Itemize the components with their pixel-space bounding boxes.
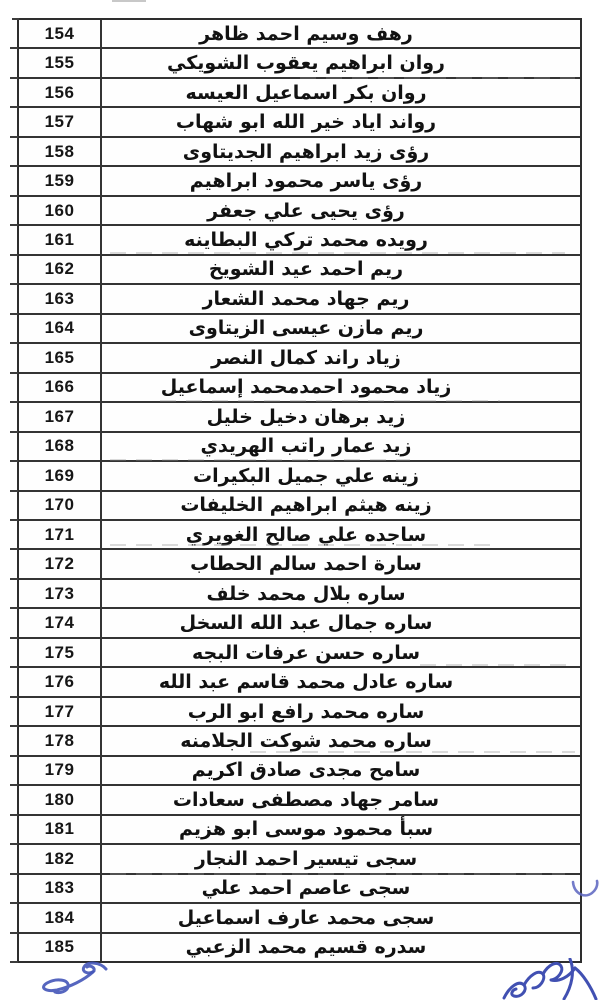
row-name-cell: ساره محمد رافع ابو الرب xyxy=(102,698,580,725)
row-number-cell: 154 xyxy=(19,20,102,47)
row-number-cell: 179 xyxy=(19,757,102,784)
row-name-cell: سجى محمد عارف اسماعيل xyxy=(102,904,580,931)
row-number-cell: 155 xyxy=(19,49,102,76)
table-row: 164 ريم مازن عيسى الزيتاوى xyxy=(19,315,580,344)
row-name-cell: سامح مجدى صادق اكريم xyxy=(102,757,580,784)
row-name-cell: رواند اياد خير الله ابو شهاب xyxy=(102,108,580,135)
row-number-cell: 181 xyxy=(19,816,102,843)
table-row: 171 ساجده علي صالح الغويري xyxy=(19,521,580,550)
row-name-cell: ريم مازن عيسى الزيتاوى xyxy=(102,315,580,342)
table-row: 155 روان ابراهيم يعقوب الشويكي xyxy=(19,49,580,78)
row-name-cell: زينه هيثم ابراهيم الخليفات xyxy=(102,492,580,519)
table-row: 167 زيد برهان دخيل خليل xyxy=(19,403,580,432)
row-number-cell: 160 xyxy=(19,197,102,224)
table-row: 163 ريم جهاد محمد الشعار xyxy=(19,285,580,314)
row-name-cell: رؤى يحيى علي جعفر xyxy=(102,197,580,224)
scan-artifact-top xyxy=(112,0,146,2)
row-name-cell: رويده محمد تركي البطاينه xyxy=(102,226,580,253)
row-number-cell: 171 xyxy=(19,521,102,548)
row-name-cell: سجى عاصم احمد علي xyxy=(102,875,580,902)
table-row: 165 زياد راند كمال النصر xyxy=(19,344,580,373)
table-row: 175 ساره حسن عرفات البجه xyxy=(19,639,580,668)
row-number-cell: 156 xyxy=(19,79,102,106)
row-number-cell: 170 xyxy=(19,492,102,519)
table-row: 158 رؤى زيد ابراهيم الجديتاوى xyxy=(19,138,580,167)
row-number-cell: 176 xyxy=(19,668,102,695)
row-number-cell: 184 xyxy=(19,904,102,931)
row-name-cell: روان ابراهيم يعقوب الشويكي xyxy=(102,49,580,76)
table-row: 180 سامر جهاد مصطفى سعادات xyxy=(19,786,580,815)
row-number-cell: 159 xyxy=(19,167,102,194)
row-number-cell: 174 xyxy=(19,609,102,636)
row-name-cell: زيد عمار راتب الهريدي xyxy=(102,433,580,460)
table-row: 185 سدره قسيم محمد الزعبي xyxy=(19,934,580,961)
row-number-cell: 157 xyxy=(19,108,102,135)
names-table: 154 رهف وسيم احمد ظاهر 155 روان ابراهيم … xyxy=(17,18,582,963)
row-number-cell: 164 xyxy=(19,315,102,342)
row-name-cell: ريم جهاد محمد الشعار xyxy=(102,285,580,312)
row-number-cell: 173 xyxy=(19,580,102,607)
row-name-cell: رهف وسيم احمد ظاهر xyxy=(102,20,580,47)
row-name-cell: زياد راند كمال النصر xyxy=(102,344,580,371)
row-number-cell: 163 xyxy=(19,285,102,312)
table-row: 176 ساره عادل محمد قاسم عبد الله xyxy=(19,668,580,697)
row-name-cell: سبأ محمود موسى ابو هزيم xyxy=(102,816,580,843)
row-number-cell: 175 xyxy=(19,639,102,666)
table-row: 154 رهف وسيم احمد ظاهر xyxy=(19,20,580,49)
table-row: 181 سبأ محمود موسى ابو هزيم xyxy=(19,816,580,845)
row-name-cell: ساجده علي صالح الغويري xyxy=(102,521,580,548)
row-number-cell: 177 xyxy=(19,698,102,725)
row-name-cell: زيد برهان دخيل خليل xyxy=(102,403,580,430)
row-name-cell: ساره جمال عبد الله السخل xyxy=(102,609,580,636)
table-row: 162 ريم احمد عيد الشويخ xyxy=(19,256,580,285)
row-name-cell: سجى تيسير احمد النجار xyxy=(102,845,580,872)
row-name-cell: سامر جهاد مصطفى سعادات xyxy=(102,786,580,813)
signature-ink-left xyxy=(26,960,116,1000)
table-row: 178 ساره محمد شوكت الجلامنه xyxy=(19,727,580,756)
table-row: 161 رويده محمد تركي البطاينه xyxy=(19,226,580,255)
row-name-cell: رؤى زيد ابراهيم الجديتاوى xyxy=(102,138,580,165)
table-row: 160 رؤى يحيى علي جعفر xyxy=(19,197,580,226)
table-row: 177 ساره محمد رافع ابو الرب xyxy=(19,698,580,727)
row-number-cell: 158 xyxy=(19,138,102,165)
scanned-page: 154 رهف وسيم احمد ظاهر 155 روان ابراهيم … xyxy=(0,0,600,1000)
row-name-cell: زياد محمود احمدمحمد إسماعيل xyxy=(102,374,580,401)
row-name-cell: زينه علي جميل البكيرات xyxy=(102,462,580,489)
row-number-cell: 165 xyxy=(19,344,102,371)
table-row: 156 روان بكر اسماعيل العيسه xyxy=(19,79,580,108)
table-row: 166 زياد محمود احمدمحمد إسماعيل xyxy=(19,374,580,403)
table-row: 168 زيد عمار راتب الهريدي xyxy=(19,433,580,462)
row-name-cell: سدره قسيم محمد الزعبي xyxy=(102,934,580,961)
table-row: 173 ساره بلال محمد خلف xyxy=(19,580,580,609)
row-number-cell: 185 xyxy=(19,934,102,961)
signature-ink-right xyxy=(500,958,600,1000)
row-number-cell: 162 xyxy=(19,256,102,283)
row-number-cell: 180 xyxy=(19,786,102,813)
row-name-cell: ساره محمد شوكت الجلامنه xyxy=(102,727,580,754)
table-row: 159 رؤى ياسر محمود ابراهيم xyxy=(19,167,580,196)
table-row: 174 ساره جمال عبد الله السخل xyxy=(19,609,580,638)
row-number-cell: 167 xyxy=(19,403,102,430)
row-number-cell: 168 xyxy=(19,433,102,460)
row-name-cell: ساره بلال محمد خلف xyxy=(102,580,580,607)
row-number-cell: 182 xyxy=(19,845,102,872)
table-row: 172 سارة احمد سالم الحطاب xyxy=(19,550,580,579)
row-name-cell: ريم احمد عيد الشويخ xyxy=(102,256,580,283)
table-row: 179 سامح مجدى صادق اكريم xyxy=(19,757,580,786)
row-name-cell: سارة احمد سالم الحطاب xyxy=(102,550,580,577)
row-name-cell: ساره عادل محمد قاسم عبد الله xyxy=(102,668,580,695)
row-number-cell: 178 xyxy=(19,727,102,754)
table-row: 184 سجى محمد عارف اسماعيل xyxy=(19,904,580,933)
row-number-cell: 161 xyxy=(19,226,102,253)
row-number-cell: 183 xyxy=(19,875,102,902)
row-name-cell: روان بكر اسماعيل العيسه xyxy=(102,79,580,106)
row-name-cell: رؤى ياسر محمود ابراهيم xyxy=(102,167,580,194)
row-number-cell: 169 xyxy=(19,462,102,489)
table-row: 182 سجى تيسير احمد النجار xyxy=(19,845,580,874)
table-row: 170 زينه هيثم ابراهيم الخليفات xyxy=(19,492,580,521)
row-number-cell: 166 xyxy=(19,374,102,401)
table-row: 169 زينه علي جميل البكيرات xyxy=(19,462,580,491)
table-row: 157 رواند اياد خير الله ابو شهاب xyxy=(19,108,580,137)
row-name-cell: ساره حسن عرفات البجه xyxy=(102,639,580,666)
table-row: 183 سجى عاصم احمد علي xyxy=(19,875,580,904)
row-number-cell: 172 xyxy=(19,550,102,577)
